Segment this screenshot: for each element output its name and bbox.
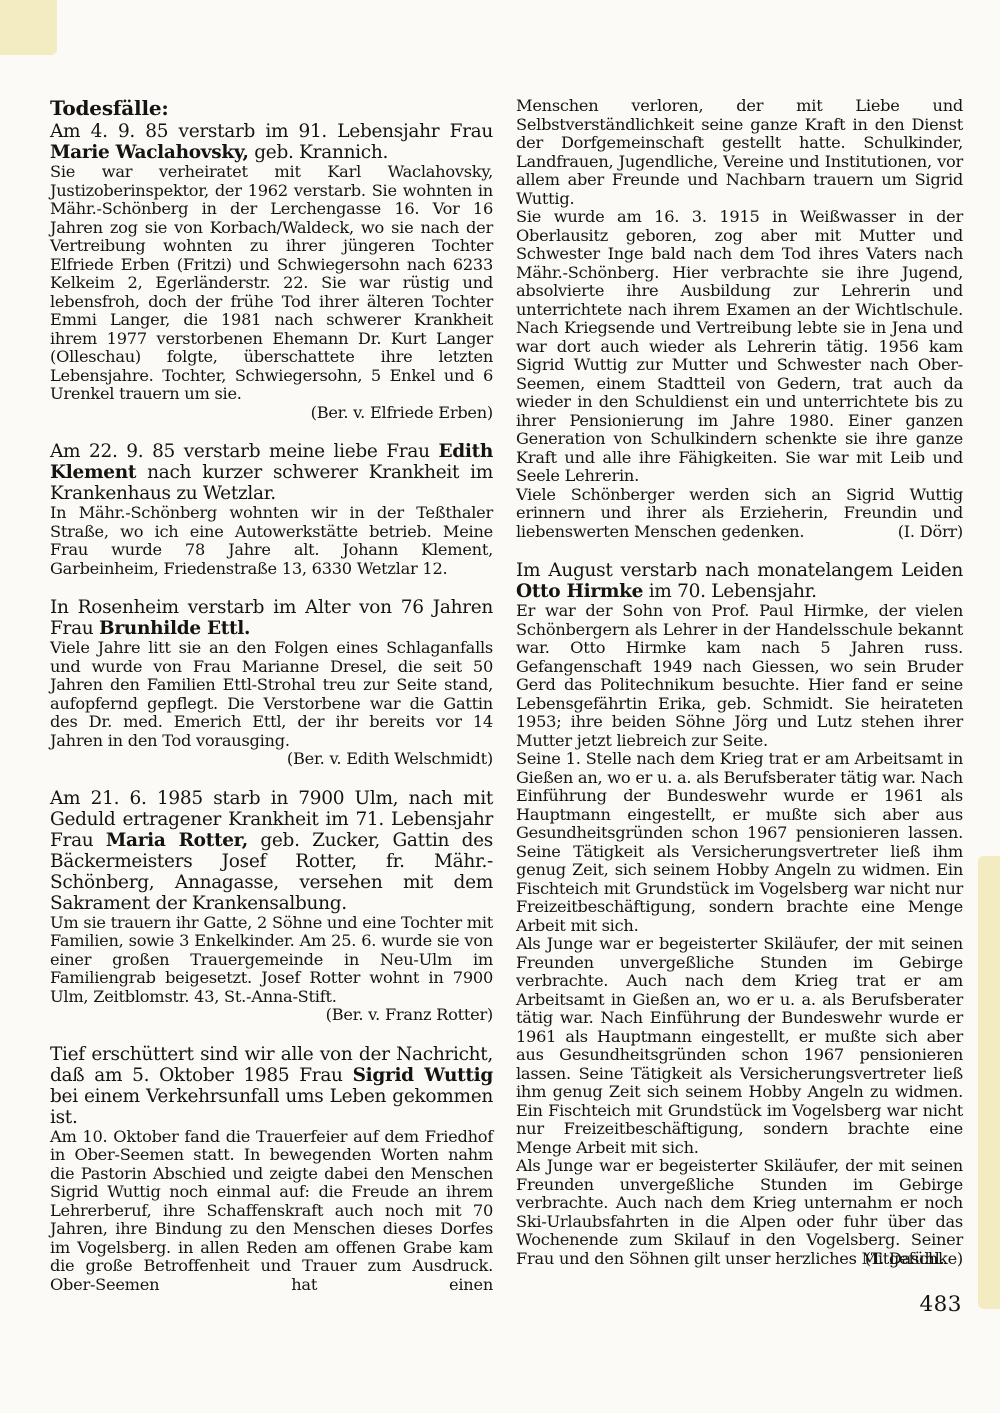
section-heading: Todesfälle: <box>50 97 493 119</box>
entry-body: Menschen verloren, der mit Liebe und Sel… <box>516 97 963 208</box>
entry-body: Seine 1. Stelle nach dem Krieg trat er a… <box>516 750 963 935</box>
deceased-name: Marie Waclahovsky, <box>50 142 249 163</box>
deceased-name: Maria Rotter, <box>106 830 248 851</box>
byline: (I. Dörr) <box>898 523 963 542</box>
lead-text-post: im 70. Lebensjahr. <box>643 581 817 602</box>
entry-lead: Am 22. 9. 85 verstarb meine liebe Frau E… <box>50 441 493 504</box>
entry-body: Als Junge war er begeisterter Skiläufer,… <box>516 935 963 1157</box>
obituary-entry-rotter: Am 21. 6. 1985 starb in 7900 Ulm, nach m… <box>50 788 493 1025</box>
column-left: Todesfälle: Am 4. 9. 85 verstarb im 91. … <box>50 97 493 1294</box>
entry-lead: Tief erschüttert sind wir alle von der N… <box>50 1044 493 1128</box>
deceased-name: Sigrid Wuttig <box>353 1065 493 1086</box>
deceased-name: Brunhilde Ettl. <box>99 618 250 639</box>
entry-lead: In Rosenheim verstarb im Alter von 76 Ja… <box>50 597 493 639</box>
entry-body-text: Viele Schönberger werden sich an Sigrid … <box>516 485 963 541</box>
entry-lead: Im August verstarb nach monatelangem Lei… <box>516 560 963 602</box>
entry-body: Viele Jahre litt sie an den Folgen eines… <box>50 639 493 750</box>
obituary-entry-wuttig: Tief erschüttert sind wir alle von der N… <box>50 1044 493 1295</box>
entry-body: Viele Schönberger werden sich an Sigrid … <box>516 486 963 542</box>
lead-text-pre: Im August verstarb nach monatelangem Lei… <box>516 560 963 581</box>
lead-text-pre: Am 4. 9. 85 verstarb im 91. Lebensjahr F… <box>50 121 493 142</box>
entry-body: In Mähr.-Schönberg wohnten wir in der Te… <box>50 504 493 578</box>
lead-text-pre: Am 22. 9. 85 verstarb meine liebe Frau <box>50 441 438 462</box>
byline: (Ber. v. Elfriede Erben) <box>50 404 493 423</box>
byline: (Ber. v. Edith Welschmidt) <box>50 750 493 769</box>
scan-artifact-top-left <box>0 0 57 55</box>
obituary-entry-klement: Am 22. 9. 85 verstarb meine liebe Frau E… <box>50 441 493 578</box>
deceased-name: Otto Hirmke <box>516 581 643 602</box>
lead-text-post: bei einem Verkehrsunfall ums Leben gekom… <box>50 1086 493 1128</box>
entry-body: Sie wurde am 16. 3. 1915 in Weißwasser i… <box>516 208 963 486</box>
entry-body: Als Junge war er begeisterter Skiläufer,… <box>516 1157 963 1268</box>
lead-text-post: geb. Krannich. <box>249 142 388 163</box>
entry-lead: Am 4. 9. 85 verstarb im 91. Lebensjahr F… <box>50 121 493 163</box>
column-right: Menschen verloren, der mit Liebe und Sel… <box>516 97 963 1268</box>
obituary-entry-ettl: In Rosenheim verstarb im Alter von 76 Ja… <box>50 597 493 769</box>
entry-lead: Am 21. 6. 1985 starb in 7900 Ulm, nach m… <box>50 788 493 914</box>
obituary-entry-waclahovsky: Am 4. 9. 85 verstarb im 91. Lebensjahr F… <box>50 121 493 422</box>
page-number: 483 <box>760 1292 962 1317</box>
entry-body: Sie war verheiratet mit Karl Waclahovsky… <box>50 163 493 404</box>
entry-body: Er war der Sohn von Prof. Paul Hirmke, d… <box>516 602 963 750</box>
byline: (T. Daschke) <box>865 1250 963 1269</box>
scan-artifact-right-edge <box>978 856 1000 1309</box>
scanned-obituary-page: Todesfälle: Am 4. 9. 85 verstarb im 91. … <box>0 0 1000 1413</box>
obituary-entry-wuttig-continuation: Menschen verloren, der mit Liebe und Sel… <box>516 97 963 541</box>
entry-body: Um sie trauern ihr Gatte, 2 Söhne und ei… <box>50 914 493 1007</box>
byline: (Ber. v. Franz Rotter) <box>50 1006 493 1025</box>
entry-body-continues: Am 10. Oktober fand die Trauerfeier auf … <box>50 1128 493 1295</box>
obituary-entry-hirmke: Im August verstarb nach monatelangem Lei… <box>516 560 963 1268</box>
